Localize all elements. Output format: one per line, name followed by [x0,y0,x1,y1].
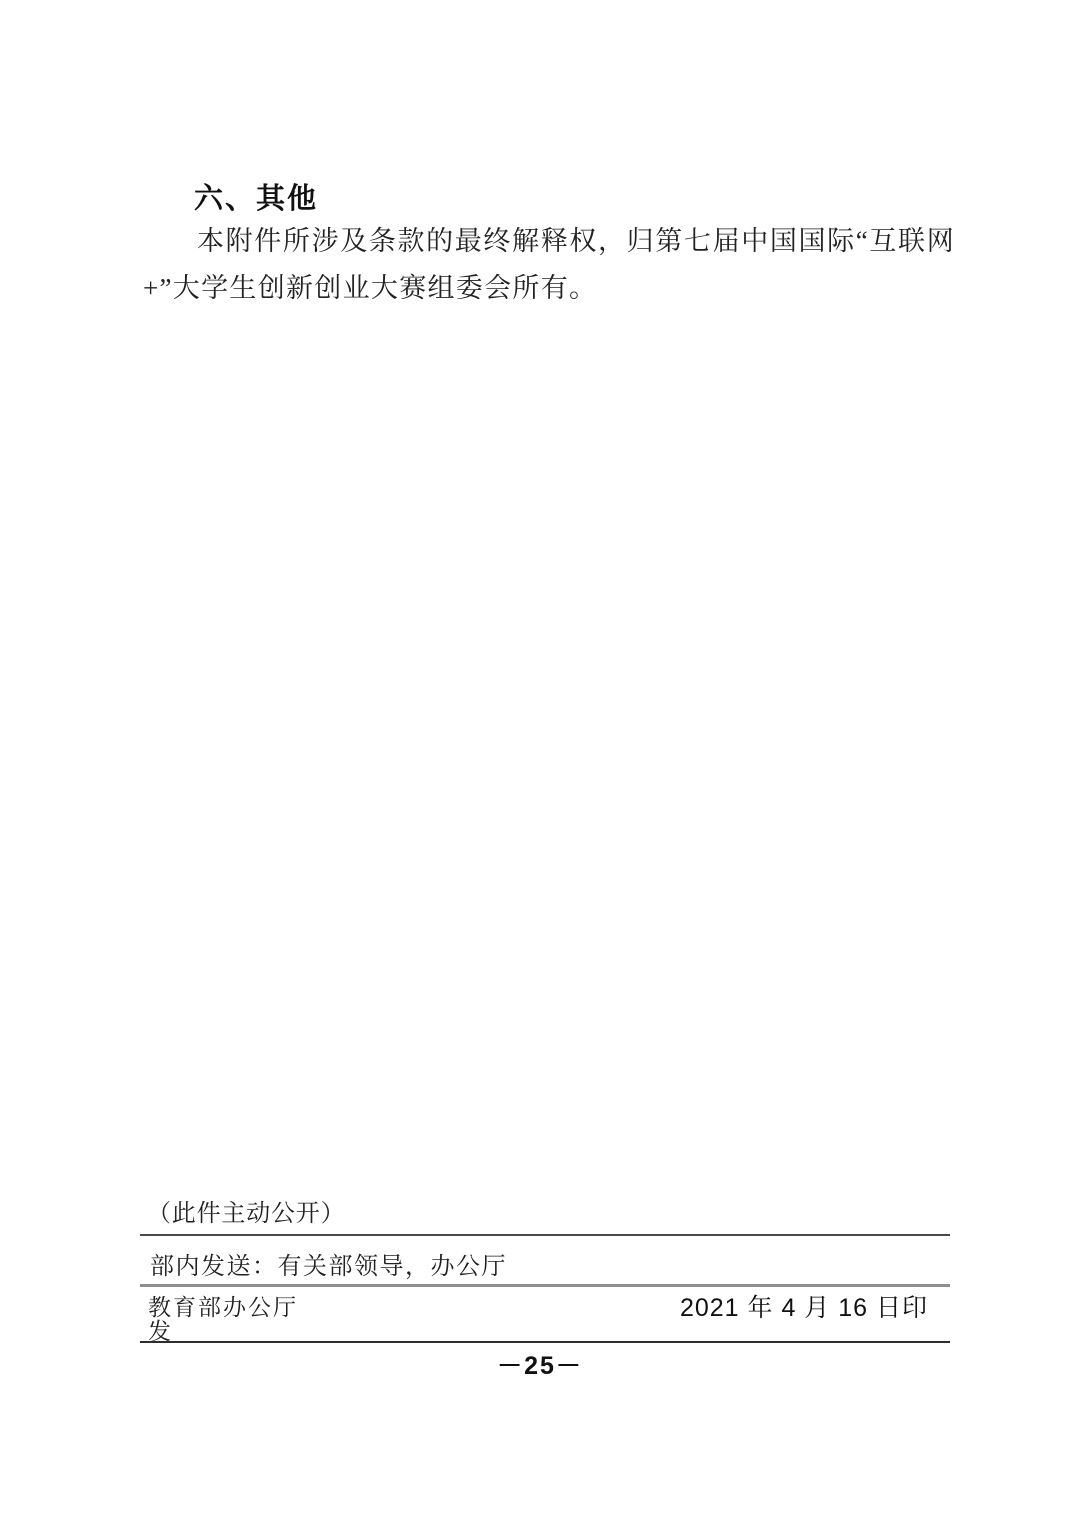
divider-top [140,1234,950,1236]
distribution-note: 部内发送：有关部领导，办公厅 [150,1246,507,1281]
print-date: 2021 年 4 月 16 日印 [680,1288,928,1324]
divider-bottom [140,1341,950,1343]
page-number: －25－ [0,1346,1080,1382]
divider-middle [140,1284,950,1287]
disclosure-note: （此件主动公开） [147,1193,345,1228]
body-paragraph: 本附件所涉及条款的最终解释权，归第七届中国国际“互联网+”大学生创新创业大赛组委… [143,218,955,312]
document-page: 六、其他 本附件所涉及条款的最终解释权，归第七届中国国际“互联网+”大学生创新创… [0,0,1080,1527]
section-heading: 六、其他 [194,176,318,217]
